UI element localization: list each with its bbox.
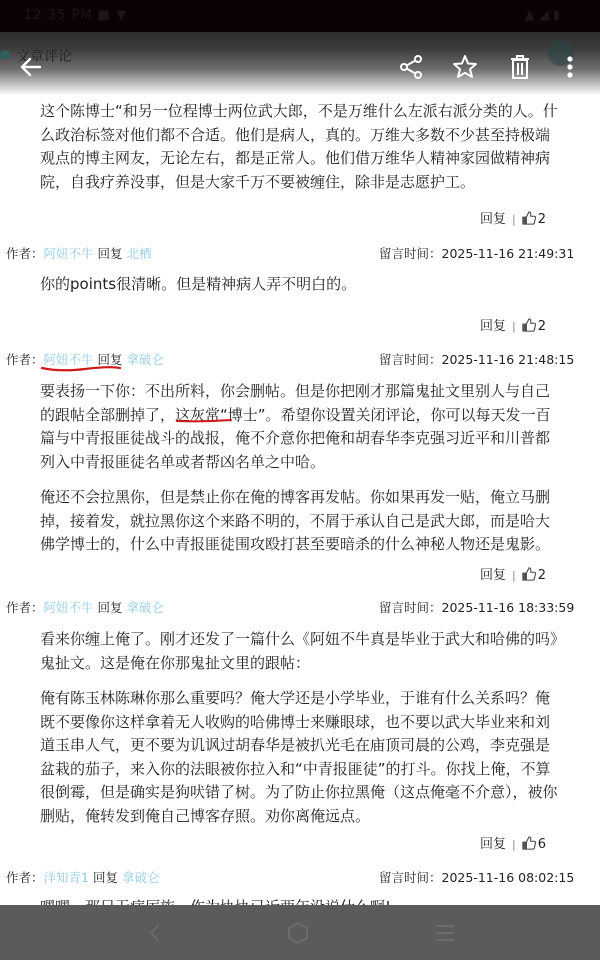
reply-button[interactable]: 回复 — [480, 319, 506, 334]
like-button[interactable]: 2 — [522, 568, 546, 583]
reply-button[interactable]: 回复 — [480, 568, 506, 583]
back-arrow-icon[interactable] — [18, 54, 44, 80]
author-link[interactable]: 洋知青1 — [44, 870, 89, 885]
comment-actions: 回复|6 — [480, 833, 546, 853]
comment-paragraph: 俺还不会拉黑你，但是禁止你在俺的博客再发帖。你如果再发一贴，俺立马删掉，接着发，… — [40, 486, 560, 557]
more-vert-icon[interactable] — [560, 54, 580, 82]
comment-meta: 作者：阿妞不牛 回复 北栖 留言时间：2025-11-16 21:49:31 — [6, 244, 600, 264]
status-left: 12:35 PM ■ ▼ — [24, 8, 127, 23]
star-icon[interactable] — [452, 54, 478, 80]
time-value: 2025-11-16 08:02:15 — [442, 870, 575, 885]
time-label: 留言时间： — [379, 870, 442, 885]
thumbs-up-icon — [522, 211, 536, 225]
comment-actions: 回复|2 — [480, 315, 546, 335]
nav-home-icon[interactable] — [286, 921, 310, 945]
separator: | — [512, 213, 516, 226]
comment-actions: 回复|2 — [480, 208, 546, 228]
author-link[interactable]: 阿妞不牛 — [44, 352, 94, 367]
reply-button[interactable]: 回复 — [480, 212, 506, 227]
comment-time: 留言时间：2025-11-16 08:02:15 — [379, 868, 574, 886]
comment-actions: 回复|2 — [480, 564, 546, 584]
reply-word: 回复 — [98, 600, 123, 615]
reply-to-link[interactable]: 拿破仑 — [122, 870, 160, 885]
comment-body: 这个陈博士“和另一位程博士两位武大郎，不是万维什么左派右派分类的人。什么政治标签… — [40, 100, 560, 206]
share-icon[interactable] — [398, 54, 424, 80]
author-label: 作者： — [6, 246, 44, 261]
comment-paragraph: 看来你缠上俺了。刚才还发了一篇什么《阿妞不牛真是毕业于武大和哈佛的吗》鬼扯文。这… — [40, 628, 560, 675]
nav-back-icon[interactable] — [148, 923, 162, 943]
trash-icon[interactable] — [508, 54, 532, 80]
comment-time: 留言时间：2025-11-16 21:48:15 — [379, 350, 574, 368]
like-count: 6 — [538, 837, 546, 852]
author-label: 作者： — [6, 600, 44, 615]
system-nav-bar — [0, 905, 600, 960]
like-button[interactable]: 6 — [522, 837, 546, 852]
reply-word: 回复 — [93, 870, 118, 885]
comment-meta: 作者：阿妞不牛 回复 拿破仑 留言时间：2025-11-16 18:33:59 — [6, 598, 600, 618]
time-label: 留言时间： — [379, 246, 442, 261]
time-value: 2025-11-16 21:49:31 — [442, 246, 575, 261]
time-value: 2025-11-16 18:33:59 — [442, 600, 575, 615]
reply-to-link[interactable]: 北栖 — [127, 246, 152, 261]
reply-to-link[interactable]: 拿破仑 — [127, 600, 165, 615]
comment-time: 留言时间：2025-11-16 21:49:31 — [379, 244, 574, 262]
comment-paragraph: 要表扬一下你：不出所料，你会删帖。但是你把刚才那篇鬼扯文里别人与自己的跟帖全部删… — [40, 380, 560, 474]
status-bar: 12:35 PM ■ ▼ ▲ ◢ ▮ — [0, 0, 600, 32]
annotation-underline — [176, 418, 232, 423]
time-label: 留言时间： — [379, 600, 442, 615]
like-count: 2 — [538, 212, 546, 227]
comment-paragraph: 这个陈博士“和另一位程博士两位武大郎，不是万维什么左派右派分类的人。什么政治标签… — [40, 100, 560, 194]
thumbs-up-icon — [522, 318, 536, 332]
section-dot-icon — [0, 50, 10, 60]
comment-paragraph: 你的points很清晰。但是精神病人弄不明白的。 — [40, 273, 560, 297]
author-link[interactable]: 阿妞不牛 — [44, 246, 94, 261]
author-label: 作者： — [6, 352, 44, 367]
comment-body: 看来你缠上俺了。刚才还发了一篇什么《阿妞不牛真是毕业于武大和哈佛的吗》鬼扯文。这… — [40, 628, 560, 840]
like-count: 2 — [538, 319, 546, 334]
separator: | — [512, 838, 516, 851]
time-label: 留言时间： — [379, 352, 442, 367]
like-count: 2 — [538, 568, 546, 583]
thumbs-up-icon — [522, 836, 536, 850]
separator: | — [512, 569, 516, 582]
comment-body: 要表扬一下你：不出所料，你会删帖。但是你把刚才那篇鬼扯文里别人与自己的跟帖全部删… — [40, 380, 560, 569]
reply-word: 回复 — [98, 352, 123, 367]
comment-time: 留言时间：2025-11-16 18:33:59 — [379, 598, 574, 616]
reply-button[interactable]: 回复 — [480, 837, 506, 852]
status-right: ▲ ◢ ▮ — [525, 8, 560, 23]
comment-list: 作者：阿妞不牛 留言时间：2025-11-16 22:04:20 这个陈博士“和… — [0, 0, 600, 960]
reply-to-link[interactable]: 拿破仑 — [127, 352, 165, 367]
time-value: 2025-11-16 21:48:15 — [442, 352, 575, 367]
author-label: 作者： — [6, 870, 44, 885]
comment-body: 你的points很清晰。但是精神病人弄不明白的。 — [40, 273, 560, 309]
app-bar: 文章评论 — [0, 32, 600, 94]
separator: | — [512, 320, 516, 333]
like-button[interactable]: 2 — [522, 212, 546, 227]
like-button[interactable]: 2 — [522, 319, 546, 334]
nav-menu-icon[interactable] — [434, 923, 456, 943]
reply-word: 回复 — [98, 246, 123, 261]
comment-meta: 作者：洋知青1 回复 拿破仑 留言时间：2025-11-16 08:02:15 — [6, 868, 600, 888]
author-link[interactable]: 阿妞不牛 — [44, 600, 94, 615]
annotation-underline — [40, 366, 122, 372]
thumbs-up-icon — [522, 567, 536, 581]
comment-paragraph: 俺有陈玉林陈琳你那么重要吗？俺大学还是小学毕业，于谁有什么关系吗？俺既不要像你这… — [40, 687, 560, 828]
